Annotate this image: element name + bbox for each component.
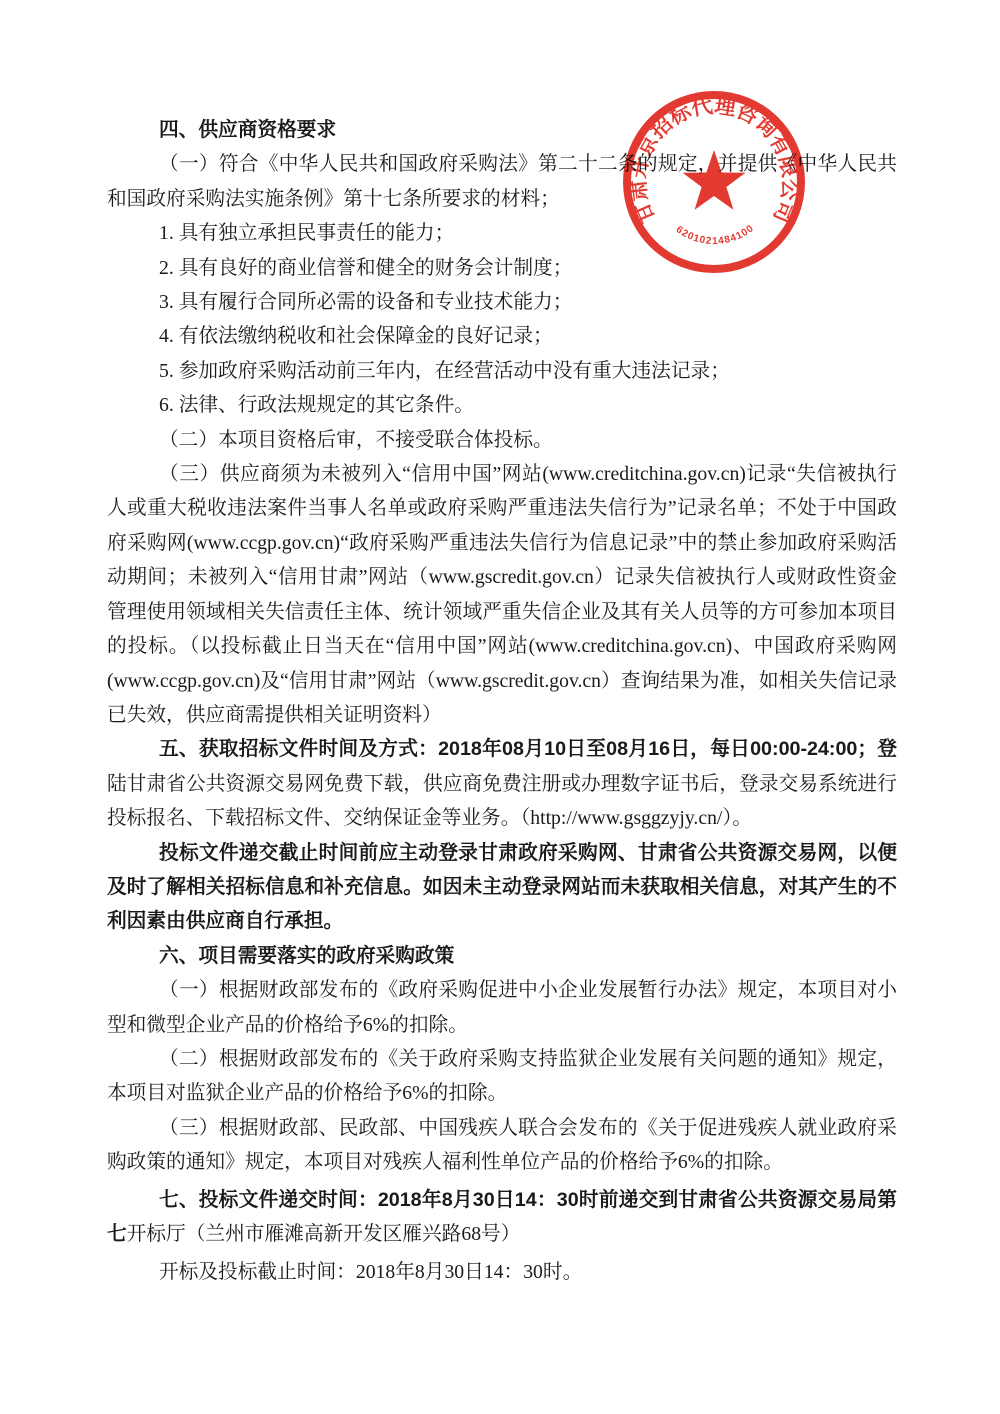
section-7-body: 开标厅（兰州市雁滩高新开发区雁兴路68号） bbox=[127, 1223, 521, 1245]
seal-graphic: 甘肃开京招标代理咨询有限公司 6201021484100 bbox=[619, 87, 809, 277]
seal-star-icon bbox=[683, 150, 746, 210]
section-4-paragraph-3: （三）供应商须为未被列入“信用中国”网站(www.creditchina.gov… bbox=[107, 457, 897, 732]
policy-item-3: （三）根据财政部、民政部、中国残疾人联合会发布的《关于促进残疾人就业政府采购政策… bbox=[107, 1111, 897, 1180]
document-page: 四、供应商资格要求 （一）符合《中华人民共和国政府采购法》第二十二条的规定，并提… bbox=[0, 0, 1000, 1414]
policy-item-1: （一）根据财政部发布的《政府采购促进中小企业发展暂行办法》规定，本项目对小型和微… bbox=[107, 973, 897, 1042]
document-content: 四、供应商资格要求 （一）符合《中华人民共和国政府采购法》第二十二条的规定，并提… bbox=[107, 113, 897, 1290]
section-5-notice: 投标文件递交截止时间前应主动登录甘肃政府采购网、甘肃省公共资源交易网，以便及时了… bbox=[107, 836, 897, 939]
bid-opening-time-line: 开标及投标截止时间：2018年8月30日14：30时。 bbox=[107, 1255, 897, 1289]
svg-text:6201021484100: 6201021484100 bbox=[674, 223, 757, 247]
section-4-paragraph-2: （二）本项目资格后审，不接受联合体投标。 bbox=[107, 423, 897, 457]
section-7-paragraph: 七、投标文件递交时间：2018年8月30日14：30时前递交到甘肃省公共资源交易… bbox=[107, 1183, 897, 1252]
qualification-item-5: 5. 参加政府采购活动前三年内，在经营活动中没有重大违法记录； bbox=[107, 354, 897, 388]
section-5-body: 陆甘肃省公共资源交易网免费下载，供应商免费注册或办理数字证书后，登录交易系统进行… bbox=[107, 773, 897, 829]
section-6-heading: 六、项目需要落实的政府采购政策 bbox=[107, 939, 897, 973]
qualification-item-4: 4. 有依法缴纳税收和社会保障金的良好记录； bbox=[107, 319, 897, 353]
qualification-item-3: 3. 具有履行合同所必需的设备和专业技术能力； bbox=[107, 285, 897, 319]
section-5-paragraph: 五、获取招标文件时间及方式：2018年08月10日至08月16日，每日00:00… bbox=[107, 732, 897, 835]
seal-code: 6201021484100 bbox=[674, 223, 757, 247]
official-seal-stamp: 甘肃开京招标代理咨询有限公司 6201021484100 bbox=[619, 87, 809, 277]
policy-item-2: （二）根据财政部发布的《关于政府采购支持监狱企业发展有关问题的通知》规定，本项目… bbox=[107, 1042, 897, 1111]
qualification-item-6: 6. 法律、行政法规规定的其它条件。 bbox=[107, 388, 897, 422]
section-5-heading: 五、获取招标文件时间及方式：2018年08月10日至08月16日，每日00:00… bbox=[159, 738, 897, 760]
